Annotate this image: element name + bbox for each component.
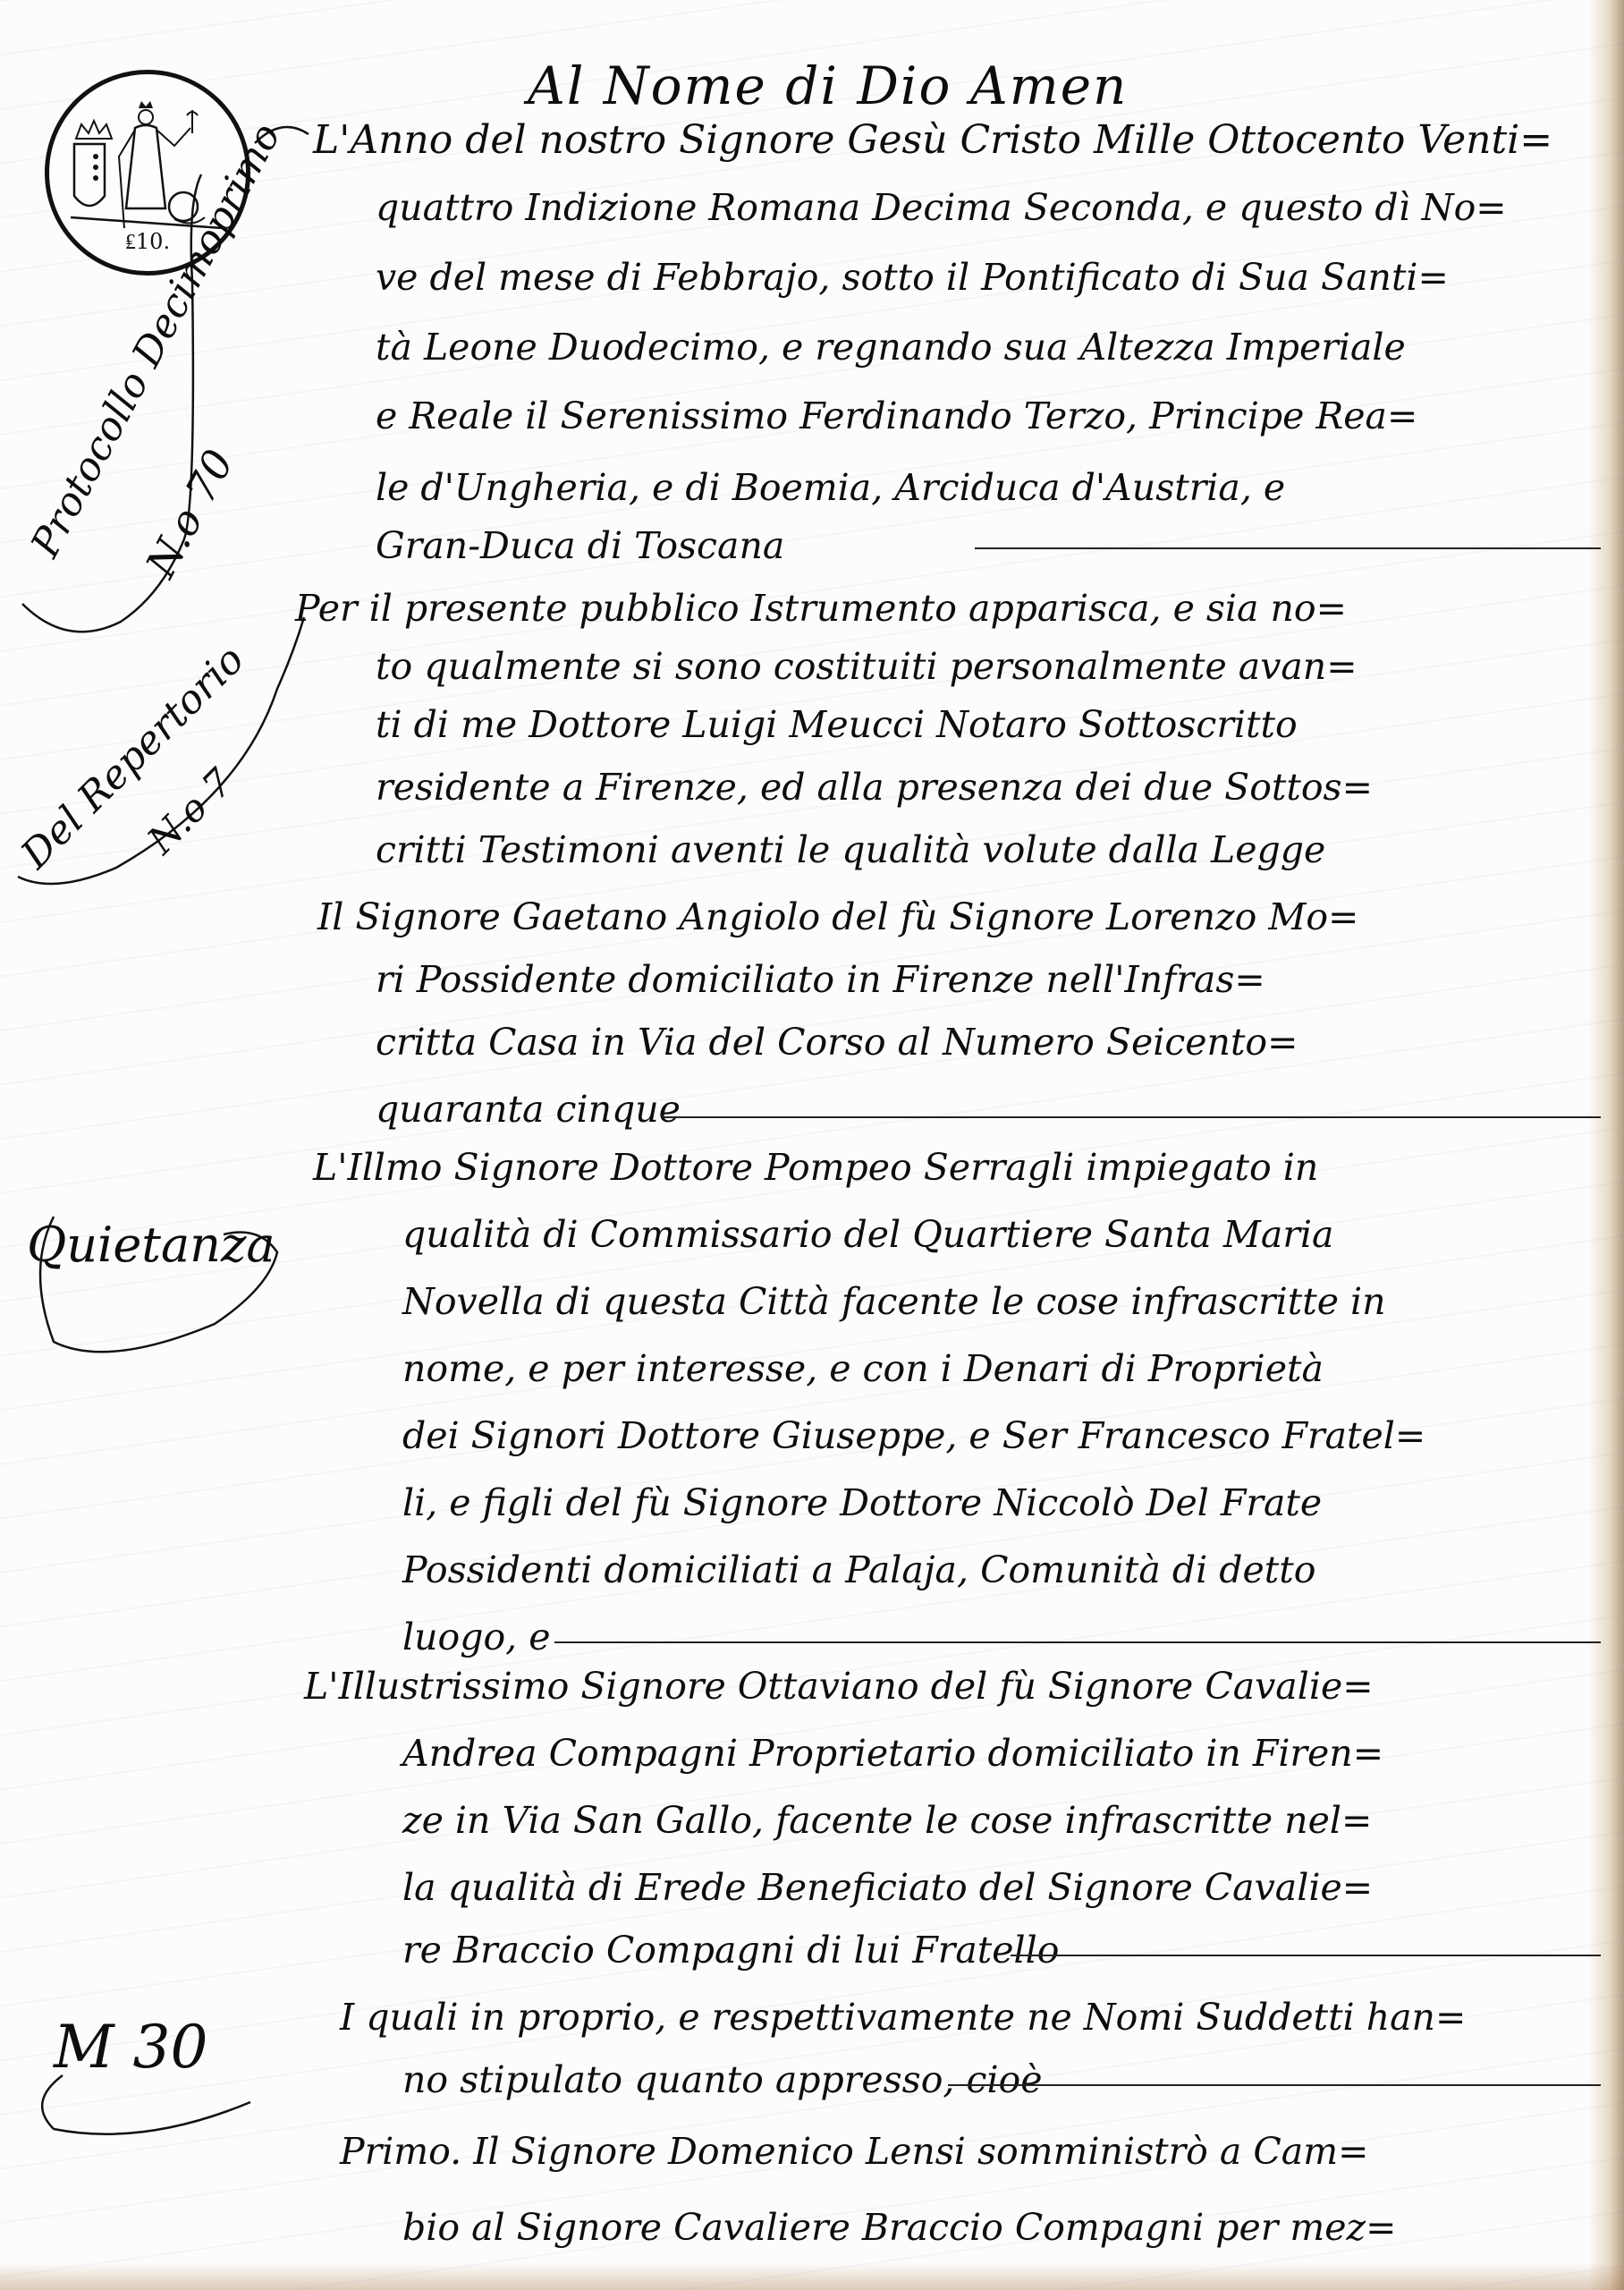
text-line: ri Possidente domiciliato in Firenze nel… (376, 962, 1265, 998)
text-line: Novella di questa Città facente le cose … (402, 1284, 1386, 1320)
text-line: L'Illmo Signore Dottore Pompeo Serragli … (313, 1149, 1318, 1186)
text-line: qualità di Commissario del Quartiere San… (402, 1217, 1333, 1253)
text-line: Primo. Il Signore Domenico Lensi sommini… (340, 2133, 1368, 2170)
text-line: dei Signori Dottore Giuseppe, e Ser Fran… (402, 1418, 1425, 1455)
text-line: Andrea Compagni Proprietario domiciliato… (402, 1735, 1383, 1772)
paper-bottom-stain (0, 2263, 1624, 2290)
text-line: Possidenti domiciliati a Palaja, Comunit… (402, 1552, 1315, 1589)
text-line: no stipulato quanto appresso, cioè (402, 2062, 1043, 2099)
manuscript-page: ₤10. Al Nome di Dio Amen Protocollo Deci… (0, 0, 1624, 2290)
text-line: I quali in proprio, e respettivamente ne… (340, 1999, 1466, 2036)
protocol-number: N.o 70 (136, 442, 242, 585)
text-line: L'Anno del nostro Signore Gesù Cristo Mi… (313, 121, 1552, 160)
receipt-label: Quietanza (27, 1217, 275, 1273)
document-heading: Al Nome di Dio Amen (528, 55, 1128, 116)
text-line: L'Illustrissimo Signore Ottaviano del fù… (304, 1668, 1374, 1705)
text-line: tà Leone Duodecimo, e regnando sua Altez… (376, 329, 1406, 366)
text-line: bio al Signore Cavaliere Braccio Compagn… (402, 2209, 1396, 2246)
line-filler-rule (975, 547, 1601, 549)
text-line: ze in Via San Gallo, facente le cose inf… (402, 1802, 1372, 1839)
text-line: critta Casa in Via del Corso al Numero S… (376, 1024, 1298, 1061)
paper-edge-stain (1588, 0, 1624, 2290)
line-filler-rule (554, 1641, 1601, 1643)
text-line: critti Testimoni aventi le qualità volut… (376, 832, 1325, 869)
line-filler-rule (948, 2084, 1601, 2086)
text-line: la qualità di Erede Beneficiato del Sign… (402, 1870, 1373, 1906)
line-filler-rule (1011, 1955, 1601, 1956)
text-line: Il Signore Gaetano Angiolo del fù Signor… (317, 899, 1358, 936)
text-line: Gran-Duca di Toscana (376, 528, 784, 564)
line-filler-rule (662, 1116, 1601, 1118)
text-line: ve del mese di Febbrajo, sotto il Pontif… (376, 259, 1449, 296)
text-line: luogo, e (402, 1619, 550, 1656)
text-line: quattro Indizione Romana Decima Seconda,… (376, 190, 1507, 226)
repertory-number: N.o 7 (139, 760, 241, 862)
text-line: quaranta cinque (376, 1091, 681, 1128)
text-line: ti di me Dottore Luigi Meucci Notaro Sot… (376, 707, 1298, 743)
text-line: re Braccio Compagni di lui Fratello (402, 1932, 1059, 1969)
text-line: to qualmente si sono costituiti personal… (376, 649, 1358, 685)
text-line: residente a Firenze, ed alla presenza de… (376, 769, 1373, 806)
text-line: e Reale il Serenissimo Ferdinando Terzo,… (376, 398, 1417, 435)
text-line: nome, e per interesse, e con i Denari di… (402, 1351, 1324, 1387)
text-line: le d'Ungheria, e di Boemia, Arciduca d'A… (376, 470, 1285, 506)
margin-brace-lines (0, 0, 376, 2290)
text-line: Per il presente pubblico Istrumento appa… (295, 590, 1347, 627)
repertory-note: Del Repertorio (13, 637, 253, 878)
amount-label: M 30 (54, 2013, 208, 2082)
text-line: li, e figli del fù Signore Dottore Nicco… (402, 1485, 1322, 1522)
